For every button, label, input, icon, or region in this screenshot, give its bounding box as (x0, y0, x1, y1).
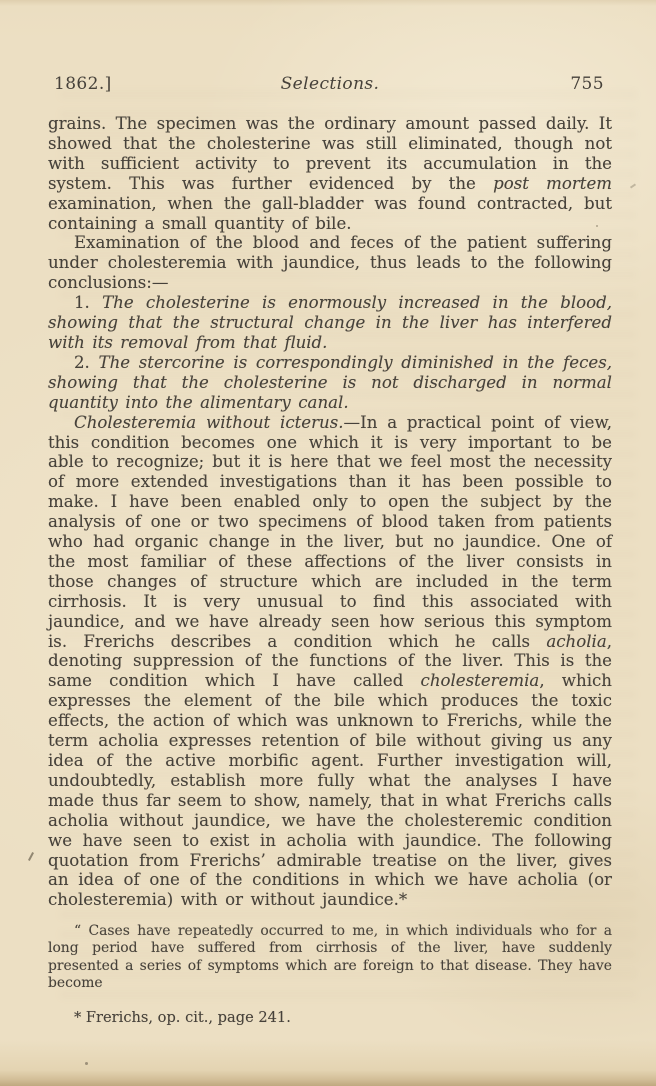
footnote: * Frerichs, op. cit., page 241. (48, 1009, 612, 1026)
text-block: 1862.] Selections. 755 grains. The speci… (48, 74, 612, 1026)
ink-speck (85, 1062, 88, 1065)
body-paragraphs: grains. The specimen was the ordinary am… (48, 114, 612, 910)
paragraph: 2. The stercorine is correspondingly dim… (48, 353, 612, 413)
scanned-book-page: 1862.] Selections. 755 grains. The speci… (0, 0, 656, 1086)
running-head: 1862.] Selections. 755 (48, 74, 612, 98)
header-page-number: 755 (570, 74, 604, 94)
header-section-title: Selections. (48, 74, 612, 94)
ink-speck (28, 852, 34, 861)
quote-paragraphs: “ Cases have repeatedly occurred to me, … (48, 923, 612, 992)
paragraph: “ Cases have repeatedly occurred to me, … (48, 923, 612, 992)
paragraph: Examination of the blood and feces of th… (48, 233, 612, 293)
paragraph: Cholesteremia without icterus.—In a prac… (48, 413, 612, 911)
paragraph: grains. The specimen was the ordinary am… (48, 114, 612, 233)
ink-speck (630, 183, 636, 188)
paragraph: 1. The cholesterine is enormously increa… (48, 293, 612, 353)
